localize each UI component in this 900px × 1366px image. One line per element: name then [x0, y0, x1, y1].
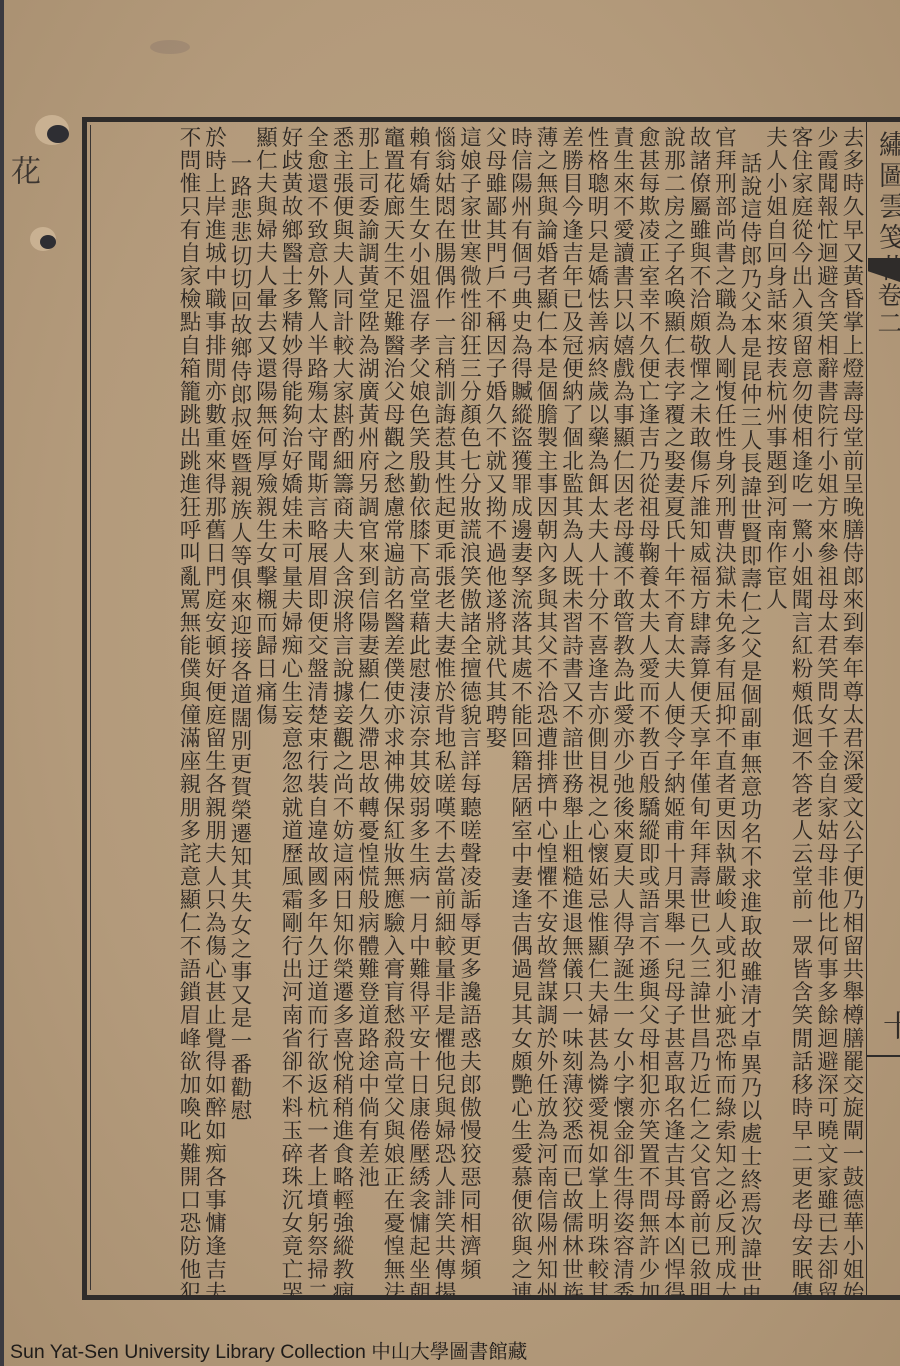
text-column: 薄之無與論婚者顯仁本是個膽製主事因朝內多與其父不洽恐遭排擠中心惶懼不安故營謀調於… [533, 126, 559, 1296]
collection-credit-zh: 中山大學圖書館藏 [371, 1340, 527, 1363]
text-column: 悉主張便與夫人同計較大家斟酌細籌商夫人含淚將言說據妾觀之尚不妨這兩日知你榮遷多喜… [329, 126, 355, 1296]
folio-number: 十 [872, 1010, 900, 1040]
text-column: 父母雖鄙其門戶不稱因子婚久不就又拗不過他遂將就代其聘娶 [482, 126, 508, 1296]
text-column: 惱翁姑悶在腸偶作一言稍訓誨惹其性起更乖張老夫妻惟於背地私嗟嘆不去當前細較量非是懼… [431, 126, 457, 1296]
collection-credit-en: Sun Yat-Sen University Library Collectio… [10, 1341, 371, 1363]
text-column: 顯仁夫與婦夫人暈去又還陽無何厚殮親生女擊櫬而歸日痛傷 [252, 126, 278, 1296]
worm-hole [40, 235, 56, 249]
text-column: 不問惟只有自家檢點自箱籠跳出跳進狂呼叫亂罵無能僕與僮滿座親朋多詫意顯仁不語鎖眉峰… [176, 126, 202, 1296]
folio-rule [866, 1055, 900, 1057]
book-page: 花 去多時久早又黃昏掌上燈壽母堂前呈晚膳侍郎來到奉年尊太君深愛文公子便乃相留共舉… [0, 0, 900, 1366]
text-column: 去多時久早又黃昏掌上燈壽母堂前呈晚膳侍郎來到奉年尊太君深愛文公子便乃相留共舉樽膳… [839, 126, 865, 1296]
text-column: 賴有嬌生女小姐溫存孝父娘色笑殷勤依膝下高堂藉此慰淒涼奈其姣弱多生病一月中難得平安… [405, 126, 431, 1296]
worm-hole [47, 125, 69, 143]
margin-volume-label: 卷二 [870, 282, 900, 338]
text-column: 愈甚每欺凌正室幸不久便亡逢吉乃從祖母鞠養太夫人愛而不教百般驕縱即或語言不遜與父母… [635, 126, 661, 1296]
text-column: 責生來不愛讀書只以嬉戲為事顯仁因老母護不敢管教為此愛亦少弛後來夏夫人得孕誕生一女… [609, 126, 635, 1296]
text-column: 話說這侍郎乃父本是昆仲三人長諱世賢即壽仁之父是個副車無意功名不求進取故雖清才卓異… [737, 126, 763, 1296]
text-column: 故諸僚屬雖與不洽頗敬憚之未敢傷斥誰知威福方肆壽算便夭享年僅旬年拜壽世已久三諱世昌… [686, 126, 712, 1296]
previous-page-fragment: 花 [0, 155, 44, 185]
text-column: 少霞聞報忙迴避含笑相辭書院行小姐方來參祖母太君笑問女千金自家姑母非他比何事多餘迴… [813, 126, 839, 1296]
binding-edge [0, 0, 4, 1366]
text-column: 這娘子家世寒微性卻狂三分顏色七分妝謊浪笑傲諸全擅德貌言詳每聽嗟聲凌詬辱更多讒語惑… [456, 126, 482, 1296]
text-column: 好歧黃故鄉醫士多精妙得能夠治好嬌娃未可量夫婦痴心生妄意忽忽就道歷風霜剛行出河南省… [278, 126, 304, 1296]
text-column: 於時上岸進城中職事排閒亦數重來得那舊日門庭安頓好便庭留生各親朋夫人只為傷心甚止覺… [201, 126, 227, 1296]
text-column: 時信陽州有個弓典史為得贓縱盜獲罪成邊妻孥流落其處不能回籍居陋室中妻逢吉偶過見其女… [507, 126, 533, 1296]
text-column: 官拜刑部尚書之職為人剛愎任性身列刑曹決獄未免多有屈抑不直者更因執嚴峻人或犯小疵恐… [711, 126, 737, 1296]
text-column: 性格聰明只是嬌怯善病終歲以藥為餌太夫人十分不喜逢吉亦側目視之心懷妬忌惟顯仁夫婦甚… [584, 126, 610, 1296]
text-column: 差勝目今逢吉年已及冠便納了個北監其為人既未習詩書又不諳世務舉止粗糙進退無儀只一味… [558, 126, 584, 1296]
text-column: 竈置花廊天生不足難醫治父母觀之愁慮常遍訪名醫差僕使亦求神佛保紅妝無應驗入膏肓愁殺… [380, 126, 406, 1296]
collection-credit: Sun Yat-Sen University Library Collectio… [10, 1336, 527, 1364]
text-column: 客住家庭從今出入須留意勿使相逢吃一驚小姐聞言紅粉頰低迴不答老人云堂前一眾皆含笑閒… [788, 126, 814, 1296]
inner-frame-rule [90, 125, 91, 1290]
text-column: 那上司委諭調黃堂陞為湖廣黃州府另調官來到信陽妻顯仁久滯思故轉憂惶慌般病體難登道路… [354, 126, 380, 1296]
text-column: 一路悲悲切切回故鄉侍郎叔姪暨親族人等俱來迎接各道闊別更賀榮遷知其失女之事又是一番… [227, 126, 253, 1296]
text-column: 全愈還不致意外驚人半路殤太守聞斯言略展眉即便交盤清楚束行裝自違故國多年久迂道而行… [303, 126, 329, 1296]
text-column: 夫人小姐自回身話來按表杭州事題到河南作宦人 [762, 126, 788, 1296]
text-column: 說那二房之子名喚顯仁表字覆之娶妻夏氏十年不育太夫人便令子納姬甫十月果舉一兒母子甚… [660, 126, 686, 1296]
main-text: 去多時久早又黃昏掌上燈壽母堂前呈晚膳侍郎來到奉年尊太君深愛文公子便乃相留共舉樽膳… [94, 126, 864, 1296]
paper-stain [150, 40, 190, 54]
